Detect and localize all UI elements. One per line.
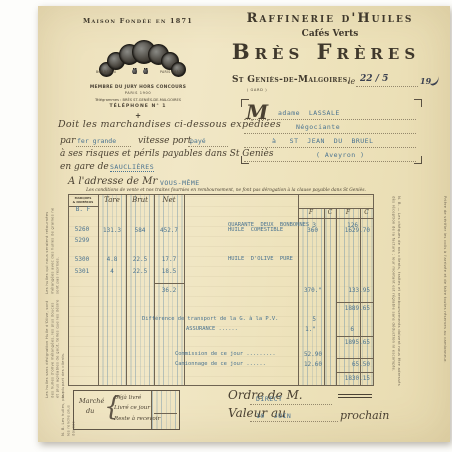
- gare-label: en gare de: [60, 162, 109, 172]
- invoice-paper: Maison Fondée en 1871 BORDEAUX PARIS 188…: [38, 6, 450, 442]
- camionnage-label: Camionnage de ce jour ......: [175, 361, 266, 367]
- cell-net: 452.7: [154, 227, 184, 234]
- par-label: par: [60, 136, 75, 146]
- transport-mode-typed: fer grande: [77, 137, 116, 145]
- company-subtitle: Cafés Verts: [218, 29, 442, 39]
- marche-label2: du: [86, 407, 94, 415]
- marche-item3: Reste à recevoir: [114, 416, 160, 422]
- cell-net: 18.5: [154, 268, 184, 275]
- date-rule: [356, 86, 418, 87]
- adresse-label: A l'adresse de Mr: [68, 176, 157, 187]
- addressee-profession: Négociante: [296, 123, 340, 131]
- vitesse-label: vitesse port: [138, 136, 191, 146]
- adresse-typed: VOUS-MÊME: [160, 179, 200, 187]
- cell-marque: 5299: [68, 237, 96, 244]
- table-rule: [360, 208, 361, 386]
- commission-value: 52.90: [294, 351, 322, 358]
- address-bracket: [414, 99, 422, 107]
- net-total-rule: [154, 283, 184, 284]
- subtotal-rule: [336, 302, 374, 303]
- table-rule: [298, 218, 374, 219]
- cell-montant: 1629.70: [331, 227, 370, 234]
- assurance-total: 6: [340, 326, 354, 333]
- col-header-marques2: & NUMÉROS: [68, 200, 98, 204]
- conditions-line: Les conditions de vente et nos traites f…: [66, 188, 386, 193]
- margin-note-left-bottom: Les huiles sans désignation Huile d'Oliv…: [44, 298, 57, 398]
- margin-note-right-edge: Prière de vérifier les colis à l'arrivée…: [436, 196, 448, 386]
- table-rule: [336, 208, 337, 386]
- col-header-net: Net: [154, 196, 184, 204]
- col-header-f1: F: [300, 209, 322, 216]
- cell-marque: B. F: [70, 206, 96, 213]
- medal-caption-left: BORDEAUX: [96, 70, 116, 74]
- risques-line: à ses risques et périls payables dans St…: [60, 149, 273, 159]
- port-typed: payé: [190, 137, 206, 145]
- address-rule: [244, 147, 416, 148]
- table-rule: [126, 194, 127, 386]
- assurance-prix: 1.": [300, 326, 316, 333]
- telegram-line: Télégrammes : BRÈS ST-GENIÈS-DE-MALGOIRE…: [68, 98, 208, 102]
- cell-prix: 360: [296, 227, 318, 234]
- address-rule: [244, 133, 416, 134]
- blank-rule: [76, 146, 131, 147]
- gare-typed: SAUCLIÈRES: [110, 163, 154, 172]
- cell-marque: 5301: [68, 268, 96, 275]
- subtotal-rule: [336, 358, 374, 359]
- marche-box: Marché du { Déjà livré Livré ce jour Res…: [73, 390, 180, 430]
- address-rule: [244, 161, 416, 162]
- transport-value: 5: [302, 316, 316, 323]
- ordre-typed: DIRECT: [256, 395, 282, 403]
- valeur-typed: 10 JUIN: [256, 412, 291, 420]
- transport-label: Différence de transport de la G. à la P.…: [142, 316, 278, 322]
- margin-note-bottom-left: N. B. Les huiles, pour les rendre plus d…: [60, 390, 70, 436]
- cell-desc: HUILE COMESTIBLE: [228, 227, 283, 233]
- addressee-name: adame LASSALE: [278, 109, 340, 117]
- cell-brut: 584: [126, 227, 154, 234]
- phone-line: TÉLÉPHONE N° 1: [78, 104, 198, 109]
- table-rule: [184, 194, 185, 386]
- jury-line: MEMBRE DU JURY HORS CONCOURS: [78, 85, 198, 90]
- medal-caption-right: PARIS 1887: [160, 70, 181, 74]
- department-line: ( GARD ): [234, 88, 280, 92]
- table-rule: [68, 385, 374, 386]
- cell-brut: 22.5: [126, 268, 154, 275]
- double-rule: [338, 394, 372, 395]
- cell-tare: 131.3: [98, 227, 126, 234]
- col-header-brut: Brut: [126, 196, 154, 204]
- col-header-c2: C: [360, 209, 373, 216]
- year-squiggle: [428, 73, 441, 87]
- table-rule: [68, 194, 69, 386]
- military-medal-icon: [133, 68, 137, 74]
- cell-prix: 370.": [296, 287, 322, 294]
- date-handwritten: 22 / 5: [360, 74, 388, 84]
- company-name: Brès Frères: [210, 39, 442, 64]
- assurance-label: ASSURANCE ......: [186, 326, 238, 332]
- col-header-c1: C: [324, 209, 336, 216]
- ordre-rule: [250, 404, 332, 405]
- founded-line: Maison Fondée en 1871: [78, 17, 198, 25]
- cell-marque: 5260: [68, 226, 96, 233]
- grand-total: 1830.15: [331, 375, 370, 382]
- date-le-label: le: [348, 77, 355, 86]
- marche-item1: Déjà livré: [114, 395, 141, 401]
- cell-net: 17.7: [154, 256, 184, 263]
- col-header-tare: Tare: [98, 196, 126, 204]
- frais-total: 65.50: [331, 361, 370, 368]
- ledger-table: MARQUES & NUMÉROS Tare Brut Net F C F C …: [68, 194, 374, 386]
- city-line: St Geniès-de-Malgoires,: [232, 75, 351, 85]
- military-medal-icon: [144, 68, 148, 74]
- medals-graphic: [93, 36, 188, 82]
- cell-desc: HUILE D'OLIVE PURE: [228, 256, 293, 262]
- blank-rule: [188, 146, 228, 147]
- marche-label: Marché: [79, 397, 104, 405]
- company-activity-title: Raffinerie d'Huiles: [218, 11, 442, 26]
- addressee-department: ( Aveyron ): [316, 151, 365, 159]
- margin-note-right: N. B. — Les chèques de nos clients, trai…: [380, 196, 402, 386]
- table-rule: [98, 194, 99, 386]
- cell-montant: 133.95: [331, 287, 370, 294]
- cell-brut: 22.5: [126, 256, 154, 263]
- box-rule: [154, 413, 177, 414]
- addressee-city: à ST JEAN DU BRUEL: [272, 137, 374, 145]
- total-rule: [336, 372, 374, 373]
- cell-tare: 4.8: [98, 256, 126, 263]
- camionnage-value: 12.60: [294, 361, 322, 368]
- table-rule: [324, 208, 325, 386]
- cell-tare: 4: [98, 268, 126, 275]
- double-rule: [338, 397, 372, 398]
- box-ledger: [152, 391, 179, 429]
- doit-line: Doit les marchandises ci-dessous expédié…: [58, 119, 281, 130]
- cell-sous-total1: 1889.65: [331, 305, 370, 312]
- table-rule: [68, 194, 374, 195]
- commission-label: Commission de ce jour .........: [175, 351, 276, 357]
- ledger-column: [126, 194, 154, 386]
- ledger-column: [98, 194, 126, 386]
- jury-year: PARIS 1900: [78, 91, 198, 95]
- prochain-label: prochain: [340, 409, 389, 422]
- valeur-rule: [250, 421, 338, 422]
- cell-marque: 5300: [68, 256, 96, 263]
- marche-item2: Livré ce jour: [114, 405, 150, 411]
- cell-net-total: 36.2: [154, 287, 184, 294]
- col-header-f2: F: [336, 209, 360, 216]
- cell-sous-total2: 1895.65: [331, 339, 370, 346]
- subtotal-rule: [336, 336, 374, 337]
- address-bracket: [414, 156, 422, 164]
- margin-note-left-top: Les huiles qui nous seraient retournées …: [44, 198, 57, 294]
